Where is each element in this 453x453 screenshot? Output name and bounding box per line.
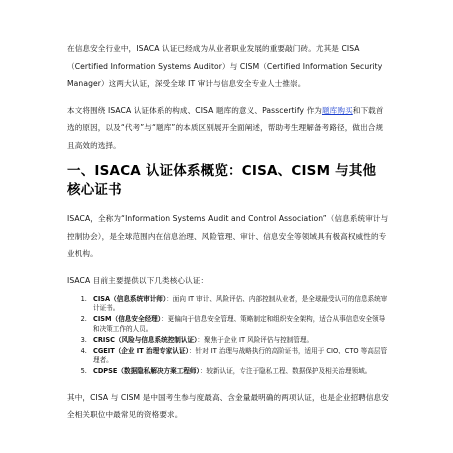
list-item-cgeit: CGEIT（企业 IT 治理专家认证）：针对 IT 治理与战略执行的高阶证书，适…	[89, 347, 389, 365]
question-bank-purchase-link[interactable]: 题库购买	[322, 106, 353, 115]
isaca-description-paragraph: ISACA，全称为“Information Systems Audit and …	[67, 210, 389, 263]
section-heading-1: 一、ISACA 认证体系概览：CISA、CISM 与其他核心证书	[67, 162, 389, 200]
list-item-crisc: CRISC（风险与信息系统控制认证）：聚焦于企业 IT 风险评估与控制管理。	[89, 336, 389, 345]
cert-name: CGEIT（企业 IT 治理专家认证）	[93, 347, 189, 355]
cert-list: CISA（信息系统审计师）：面向 IT 审计、风险评估、内部控制从业者，是全球最…	[67, 295, 389, 377]
list-item-cdpse: CDPSE（数据隐私解决方案工程师）：较新认证，专注于隐私工程、数据保护及相关治…	[89, 367, 389, 376]
cert-name: CISA（信息系统审计师）	[93, 295, 166, 303]
list-item-cisa: CISA（信息系统审计师）：面向 IT 审计、风险评估、内部控制从业者，是全球最…	[89, 295, 389, 313]
overview-paragraph: 本文将围绕 ISACA 认证体系的构成、CISA 题库的意义、Passcerti…	[67, 102, 389, 155]
cert-list-intro: ISACA 目前主要提供以下几类核心认证：	[67, 272, 389, 290]
cert-name: CISM（信息安全经理）	[93, 315, 161, 323]
intro-paragraph: 在信息安全行业中，ISACA 认证已经成为从业者职业发展的重要敲门砖。尤其是 C…	[67, 40, 389, 93]
document-page: 在信息安全行业中，ISACA 认证已经成为从业者职业发展的重要敲门砖。尤其是 C…	[67, 40, 389, 424]
cert-desc: ：较新认证，专注于隐私工程、数据保护及相关治理领域。	[200, 367, 371, 375]
cert-name: CDPSE（数据隐私解决方案工程师）	[93, 367, 200, 375]
cert-desc: ：聚焦于企业 IT 风险评估与控制管理。	[197, 336, 313, 344]
summary-paragraph: 其中，CISA 与 CISM 是中国考生参与度最高、含金量最明确的两项认证，也是…	[67, 389, 389, 424]
cert-name: CRISC（风险与信息系统控制认证）	[93, 336, 197, 344]
overview-text-before: 本文将围绕 ISACA 认证体系的构成、CISA 题库的意义、Passcerti…	[67, 106, 322, 115]
list-item-cism: CISM（信息安全经理）：更偏向于信息安全管理、策略制定和组织安全架构，适合从事…	[89, 315, 389, 333]
